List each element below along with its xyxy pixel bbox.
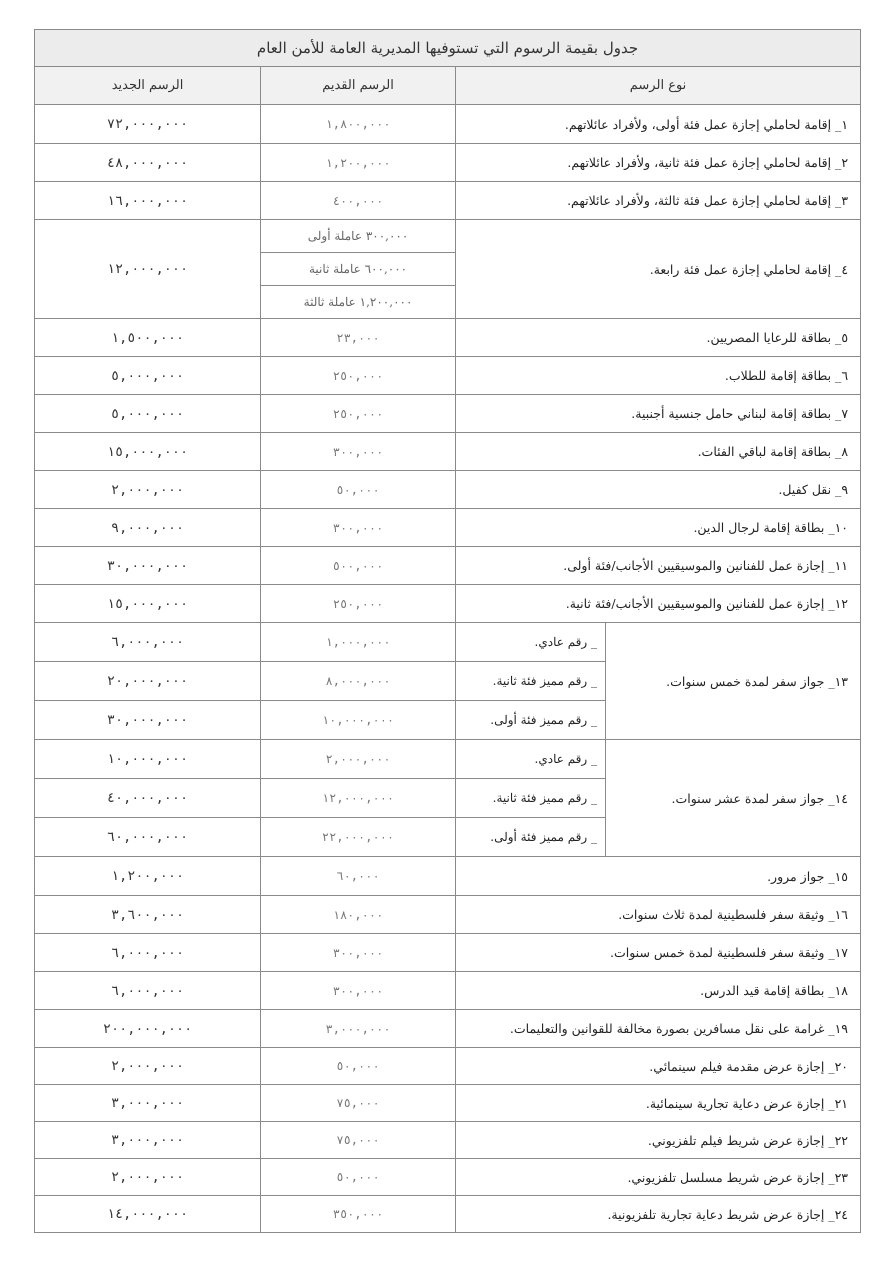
table-row: ٢١_ إجازة عرض دعاية تجارية سينمائية. ٧٥,… xyxy=(35,1085,861,1122)
fee-type: ١٤_ جواز سفر لمدة عشر سنوات. xyxy=(606,740,861,857)
fee-type: ٥_ بطاقة للرعايا المصريين. xyxy=(456,319,861,357)
new-fee: ١٥,٠٠٠,٠٠٠ xyxy=(35,433,261,471)
new-fee: ١٢,٠٠٠,٠٠٠ xyxy=(35,220,261,319)
sub-type-label: _ رقم مميز فئة ثانية. xyxy=(456,662,606,701)
new-fee: ٧٢,٠٠٠,٠٠٠ xyxy=(35,105,261,144)
new-fee: ٢,٠٠٠,٠٠٠ xyxy=(35,1159,261,1196)
table-row: ١٨_ بطاقة إقامة قيد الدرس. ٣٠٠,٠٠٠ ٦,٠٠٠… xyxy=(35,972,861,1010)
fee-type: ٤_ إقامة لحاملي إجازة عمل فئة رابعة. xyxy=(456,220,861,319)
sub-type-label: _ رقم مميز فئة ثانية. xyxy=(456,779,606,818)
old-fee: ٣٠٠,٠٠٠ xyxy=(261,433,456,471)
fee-type: ١٦_ وثيقة سفر فلسطينية لمدة ثلاث سنوات. xyxy=(456,896,861,934)
old-fee: ١٨٠,٠٠٠ xyxy=(261,896,456,934)
fee-type: ١٣_ جواز سفر لمدة خمس سنوات. xyxy=(606,623,861,740)
table-row: ٧_ بطاقة إقامة لبناني حامل جنسية أجنبية.… xyxy=(35,395,861,433)
new-fee: ٢٠,٠٠٠,٠٠٠ xyxy=(35,662,261,701)
column-header-old-fee: الرسم القديم xyxy=(261,67,456,105)
fee-type: ٨_ بطاقة إقامة لباقي الفئات. xyxy=(456,433,861,471)
sub-type-label: _ رقم عادي. xyxy=(456,740,606,779)
new-fee: ٥,٠٠٠,٠٠٠ xyxy=(35,395,261,433)
old-fee-sub: ١,٢٠٠,٠٠٠ عاملة ثالثة xyxy=(261,286,456,319)
fee-type: ١١_ إجازة عمل للفنانين والموسيقيين الأجا… xyxy=(456,547,861,585)
table-row: ٩_ نقل كفيل. ٥٠,٠٠٠ ٢,٠٠٠,٠٠٠ xyxy=(35,471,861,509)
old-fee: ٢٣,٠٠٠ xyxy=(261,319,456,357)
new-fee: ٣٠,٠٠٠,٠٠٠ xyxy=(35,701,261,740)
new-fee: ٣٠,٠٠٠,٠٠٠ xyxy=(35,547,261,585)
old-fee: ٥٠,٠٠٠ xyxy=(261,1159,456,1196)
fee-type: ١٧_ وثيقة سفر فلسطينية لمدة خمس سنوات. xyxy=(456,934,861,972)
table-row: ١٧_ وثيقة سفر فلسطينية لمدة خمس سنوات. ٣… xyxy=(35,934,861,972)
fee-type: ٢٢_ إجازة عرض شريط فيلم تلفزيوني. xyxy=(456,1122,861,1159)
table-row: ١٩_ غرامة على نقل مسافرين بصورة مخالفة ل… xyxy=(35,1010,861,1048)
new-fee: ٦,٠٠٠,٠٠٠ xyxy=(35,623,261,662)
fee-type: ٢_ إقامة لحاملي إجازة عمل فئة ثانية، ولأ… xyxy=(456,144,861,182)
header-row: نوع الرسم الرسم القديم الرسم الجديد xyxy=(35,67,861,105)
old-fee: ٨,٠٠٠,٠٠٠ xyxy=(261,662,456,701)
new-fee: ٦٠,٠٠٠,٠٠٠ xyxy=(35,818,261,857)
sub-type-label: _ رقم مميز فئة أولى. xyxy=(456,701,606,740)
sub-type-label: _ رقم مميز فئة أولى. xyxy=(456,818,606,857)
new-fee: ١٠,٠٠٠,٠٠٠ xyxy=(35,740,261,779)
fee-type: ٢٤_ إجازة عرض شريط دعاية تجارية تلفزيوني… xyxy=(456,1196,861,1233)
old-fee: ٣٠٠,٠٠٠ xyxy=(261,509,456,547)
table-title: جدول بقيمة الرسوم التي تستوفيها المديرية… xyxy=(35,30,861,67)
table-row: ٨_ بطاقة إقامة لباقي الفئات. ٣٠٠,٠٠٠ ١٥,… xyxy=(35,433,861,471)
old-fee: ٥٠,٠٠٠ xyxy=(261,471,456,509)
table-row: ٣_ إقامة لحاملي إجازة عمل فئة ثالثة، ولأ… xyxy=(35,182,861,220)
old-fee: ٢٥٠,٠٠٠ xyxy=(261,585,456,623)
new-fee: ٤٠,٠٠٠,٠٠٠ xyxy=(35,779,261,818)
old-fee: ٢,٠٠٠,٠٠٠ xyxy=(261,740,456,779)
fee-type: ٣_ إقامة لحاملي إجازة عمل فئة ثالثة، ولأ… xyxy=(456,182,861,220)
fee-type: ٢٣_ إجازة عرض شريط مسلسل تلفزيوني. xyxy=(456,1159,861,1196)
new-fee: ٦,٠٠٠,٠٠٠ xyxy=(35,934,261,972)
table-row: ٢_ إقامة لحاملي إجازة عمل فئة ثانية، ولأ… xyxy=(35,144,861,182)
table-row: ٥_ بطاقة للرعايا المصريين. ٢٣,٠٠٠ ١,٥٠٠,… xyxy=(35,319,861,357)
table-row: ١١_ إجازة عمل للفنانين والموسيقيين الأجا… xyxy=(35,547,861,585)
new-fee: ٤٨,٠٠٠,٠٠٠ xyxy=(35,144,261,182)
table-row: ٤_ إقامة لحاملي إجازة عمل فئة رابعة. ٣٠٠… xyxy=(35,220,861,253)
old-fee: ١,٨٠٠,٠٠٠ xyxy=(261,105,456,144)
fee-type: ١٨_ بطاقة إقامة قيد الدرس. xyxy=(456,972,861,1010)
old-fee: ٣٠٠,٠٠٠ xyxy=(261,972,456,1010)
table-row: ٢٣_ إجازة عرض شريط مسلسل تلفزيوني. ٥٠,٠٠… xyxy=(35,1159,861,1196)
old-fee: ٥٠,٠٠٠ xyxy=(261,1048,456,1085)
old-fee-sub: ٦٠٠,٠٠٠ عاملة ثانية xyxy=(261,253,456,286)
table-row: ٢٤_ إجازة عرض شريط دعاية تجارية تلفزيوني… xyxy=(35,1196,861,1233)
old-fee: ٢٥٠,٠٠٠ xyxy=(261,357,456,395)
table-row: ١٠_ بطاقة إقامة لرجال الدين. ٣٠٠,٠٠٠ ٩,٠… xyxy=(35,509,861,547)
table-row: ١٦_ وثيقة سفر فلسطينية لمدة ثلاث سنوات. … xyxy=(35,896,861,934)
old-fee: ١,٢٠٠,٠٠٠ xyxy=(261,144,456,182)
fee-type: ١٠_ بطاقة إقامة لرجال الدين. xyxy=(456,509,861,547)
fee-type: ٧_ بطاقة إقامة لبناني حامل جنسية أجنبية. xyxy=(456,395,861,433)
old-fee: ١٠,٠٠٠,٠٠٠ xyxy=(261,701,456,740)
fee-type: ٦_ بطاقة إقامة للطلاب. xyxy=(456,357,861,395)
table-row: ١٢_ إجازة عمل للفنانين والموسيقيين الأجا… xyxy=(35,585,861,623)
table-row: ١٥_ جواز مرور. ٦٠,٠٠٠ ١,٢٠٠,٠٠٠ xyxy=(35,857,861,896)
old-fee: ٧٥,٠٠٠ xyxy=(261,1122,456,1159)
old-fee: ١٢,٠٠٠,٠٠٠ xyxy=(261,779,456,818)
fee-type: ١٥_ جواز مرور. xyxy=(456,857,861,896)
old-fee: ٣٠٠,٠٠٠ xyxy=(261,934,456,972)
new-fee: ١٥,٠٠٠,٠٠٠ xyxy=(35,585,261,623)
old-fee: ٥٠٠,٠٠٠ xyxy=(261,547,456,585)
fee-type: ١٢_ إجازة عمل للفنانين والموسيقيين الأجا… xyxy=(456,585,861,623)
table-row: ١٤_ جواز سفر لمدة عشر سنوات. _ رقم عادي.… xyxy=(35,740,861,779)
new-fee: ١,٢٠٠,٠٠٠ xyxy=(35,857,261,896)
fee-type: ١٩_ غرامة على نقل مسافرين بصورة مخالفة ل… xyxy=(456,1010,861,1048)
old-fee-sub: ٣٠٠,٠٠٠ عاملة أولى xyxy=(261,220,456,253)
old-fee: ٢٢,٠٠٠,٠٠٠ xyxy=(261,818,456,857)
new-fee: ٣,٠٠٠,٠٠٠ xyxy=(35,1122,261,1159)
new-fee: ١,٥٠٠,٠٠٠ xyxy=(35,319,261,357)
new-fee: ٢٠٠,٠٠٠,٠٠٠ xyxy=(35,1010,261,1048)
new-fee: ٣,٦٠٠,٠٠٠ xyxy=(35,896,261,934)
old-fee: ٧٥,٠٠٠ xyxy=(261,1085,456,1122)
sub-type-label: _ رقم عادي. xyxy=(456,623,606,662)
old-fee: ١,٠٠٠,٠٠٠ xyxy=(261,623,456,662)
new-fee: ١٤,٠٠٠,٠٠٠ xyxy=(35,1196,261,1233)
fee-type: ١_ إقامة لحاملي إجازة عمل فئة أولى، ولأف… xyxy=(456,105,861,144)
new-fee: ٩,٠٠٠,٠٠٠ xyxy=(35,509,261,547)
column-header-new-fee: الرسم الجديد xyxy=(35,67,261,105)
new-fee: ٥,٠٠٠,٠٠٠ xyxy=(35,357,261,395)
fee-table-page: جدول بقيمة الرسوم التي تستوفيها المديرية… xyxy=(34,29,860,1233)
new-fee: ٣,٠٠٠,٠٠٠ xyxy=(35,1085,261,1122)
fee-type: ٩_ نقل كفيل. xyxy=(456,471,861,509)
old-fee: ٢٥٠,٠٠٠ xyxy=(261,395,456,433)
new-fee: ٢,٠٠٠,٠٠٠ xyxy=(35,471,261,509)
new-fee: ٢,٠٠٠,٠٠٠ xyxy=(35,1048,261,1085)
new-fee: ٦,٠٠٠,٠٠٠ xyxy=(35,972,261,1010)
fee-type: ٢١_ إجازة عرض دعاية تجارية سينمائية. xyxy=(456,1085,861,1122)
column-header-type: نوع الرسم xyxy=(456,67,861,105)
new-fee: ١٦,٠٠٠,٠٠٠ xyxy=(35,182,261,220)
old-fee: ٦٠,٠٠٠ xyxy=(261,857,456,896)
table-row: ١٣_ جواز سفر لمدة خمس سنوات. _ رقم عادي.… xyxy=(35,623,861,662)
table-row: ٦_ بطاقة إقامة للطلاب. ٢٥٠,٠٠٠ ٥,٠٠٠,٠٠٠ xyxy=(35,357,861,395)
title-row: جدول بقيمة الرسوم التي تستوفيها المديرية… xyxy=(35,30,861,67)
old-fee: ٣٥٠,٠٠٠ xyxy=(261,1196,456,1233)
table-row: ٢٠_ إجازة عرض مقدمة فيلم سينمائي. ٥٠,٠٠٠… xyxy=(35,1048,861,1085)
table-row: ٢٢_ إجازة عرض شريط فيلم تلفزيوني. ٧٥,٠٠٠… xyxy=(35,1122,861,1159)
table-row: ١_ إقامة لحاملي إجازة عمل فئة أولى، ولأف… xyxy=(35,105,861,144)
fee-table: جدول بقيمة الرسوم التي تستوفيها المديرية… xyxy=(34,29,861,1233)
old-fee: ٣,٠٠٠,٠٠٠ xyxy=(261,1010,456,1048)
old-fee: ٤٠٠,٠٠٠ xyxy=(261,182,456,220)
fee-type: ٢٠_ إجازة عرض مقدمة فيلم سينمائي. xyxy=(456,1048,861,1085)
